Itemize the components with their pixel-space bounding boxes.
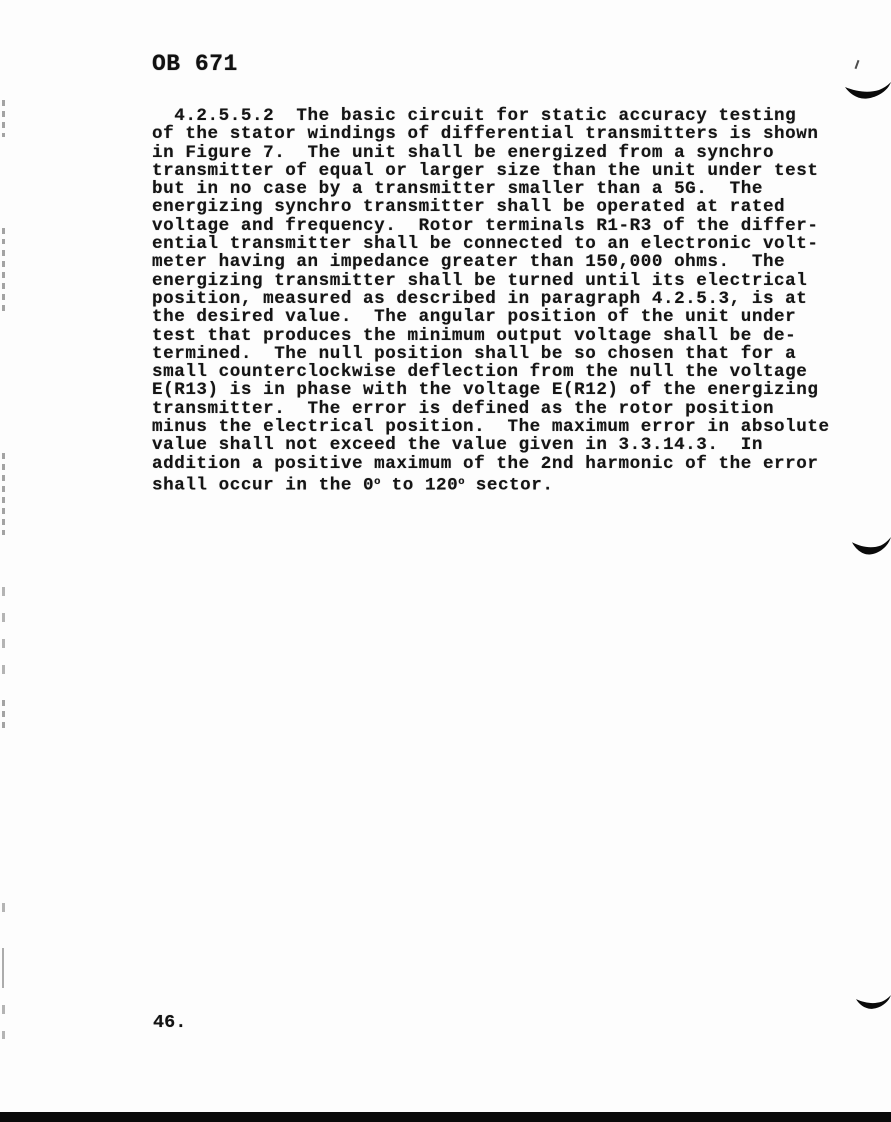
scan-bottom-bar	[0, 1112, 891, 1122]
scan-crescent-mark	[852, 537, 891, 556]
text-line: 4.2.5.5.2 The basic circuit for static a…	[152, 107, 830, 125]
text-line: energizing synchro transmitter shall be …	[152, 198, 830, 216]
scan-edge-mark	[2, 948, 4, 988]
text-line: minus the electrical position. The maxim…	[152, 418, 830, 436]
text-line: the desired value. The angular position …	[152, 308, 830, 326]
text-line: addition a positive maximum of the 2nd h…	[152, 455, 830, 473]
text-line: voltage and frequency. Rotor terminals R…	[152, 217, 830, 235]
text-line: energizing transmitter shall be turned u…	[152, 272, 830, 290]
document-number: OB 671	[152, 51, 238, 77]
text-line: E(R13) is in phase with the voltage E(R1…	[152, 381, 830, 399]
scan-speck	[855, 60, 860, 69]
scan-edge-mark	[2, 1005, 5, 1039]
page-number: 46.	[153, 1012, 186, 1033]
text-line: value shall not exceed the value given i…	[152, 436, 830, 454]
scan-edge-mark	[2, 228, 5, 244]
text-line: transmitter. The error is defined as the…	[152, 400, 830, 418]
text-segment: shall occur in the 0	[152, 475, 374, 495]
scan-crescent-mark	[845, 82, 891, 100]
text-line: test that produces the minimum output vo…	[152, 327, 830, 345]
text-line: termined. The null position shall be so …	[152, 345, 830, 363]
text-line: in Figure 7. The unit shall be energized…	[152, 144, 830, 162]
paragraph-4-2-5-5-2: 4.2.5.5.2 The basic circuit for static a…	[152, 107, 830, 491]
scan-edge-mark	[2, 250, 5, 312]
text-line: transmitter of equal or larger size than…	[152, 162, 830, 180]
text-segment: sector.	[465, 475, 554, 495]
text-line-with-degrees: shall occur in the 0o to 120o sector.	[152, 473, 830, 491]
scan-edge-mark	[2, 587, 5, 678]
text-line: of the stator windings of differential t…	[152, 125, 830, 143]
text-line: ential transmitter shall be connected to…	[152, 235, 830, 253]
text-line: small counterclockwise deflection from t…	[152, 363, 830, 381]
text-line: but in no case by a transmitter smaller …	[152, 180, 830, 198]
text-line: position, measured as described in parag…	[152, 290, 830, 308]
scan-crescent-mark	[856, 995, 891, 1010]
scan-edge-mark	[2, 453, 5, 535]
text-segment: to 120	[381, 475, 459, 495]
scan-edge-mark	[2, 700, 5, 732]
scan-edge-mark	[2, 100, 5, 137]
scan-edge-mark	[2, 903, 5, 915]
text-line: meter having an impedance greater than 1…	[152, 253, 830, 271]
scanned-document-page: OB 671 4.2.5.5.2 The basic circuit for s…	[0, 0, 891, 1122]
